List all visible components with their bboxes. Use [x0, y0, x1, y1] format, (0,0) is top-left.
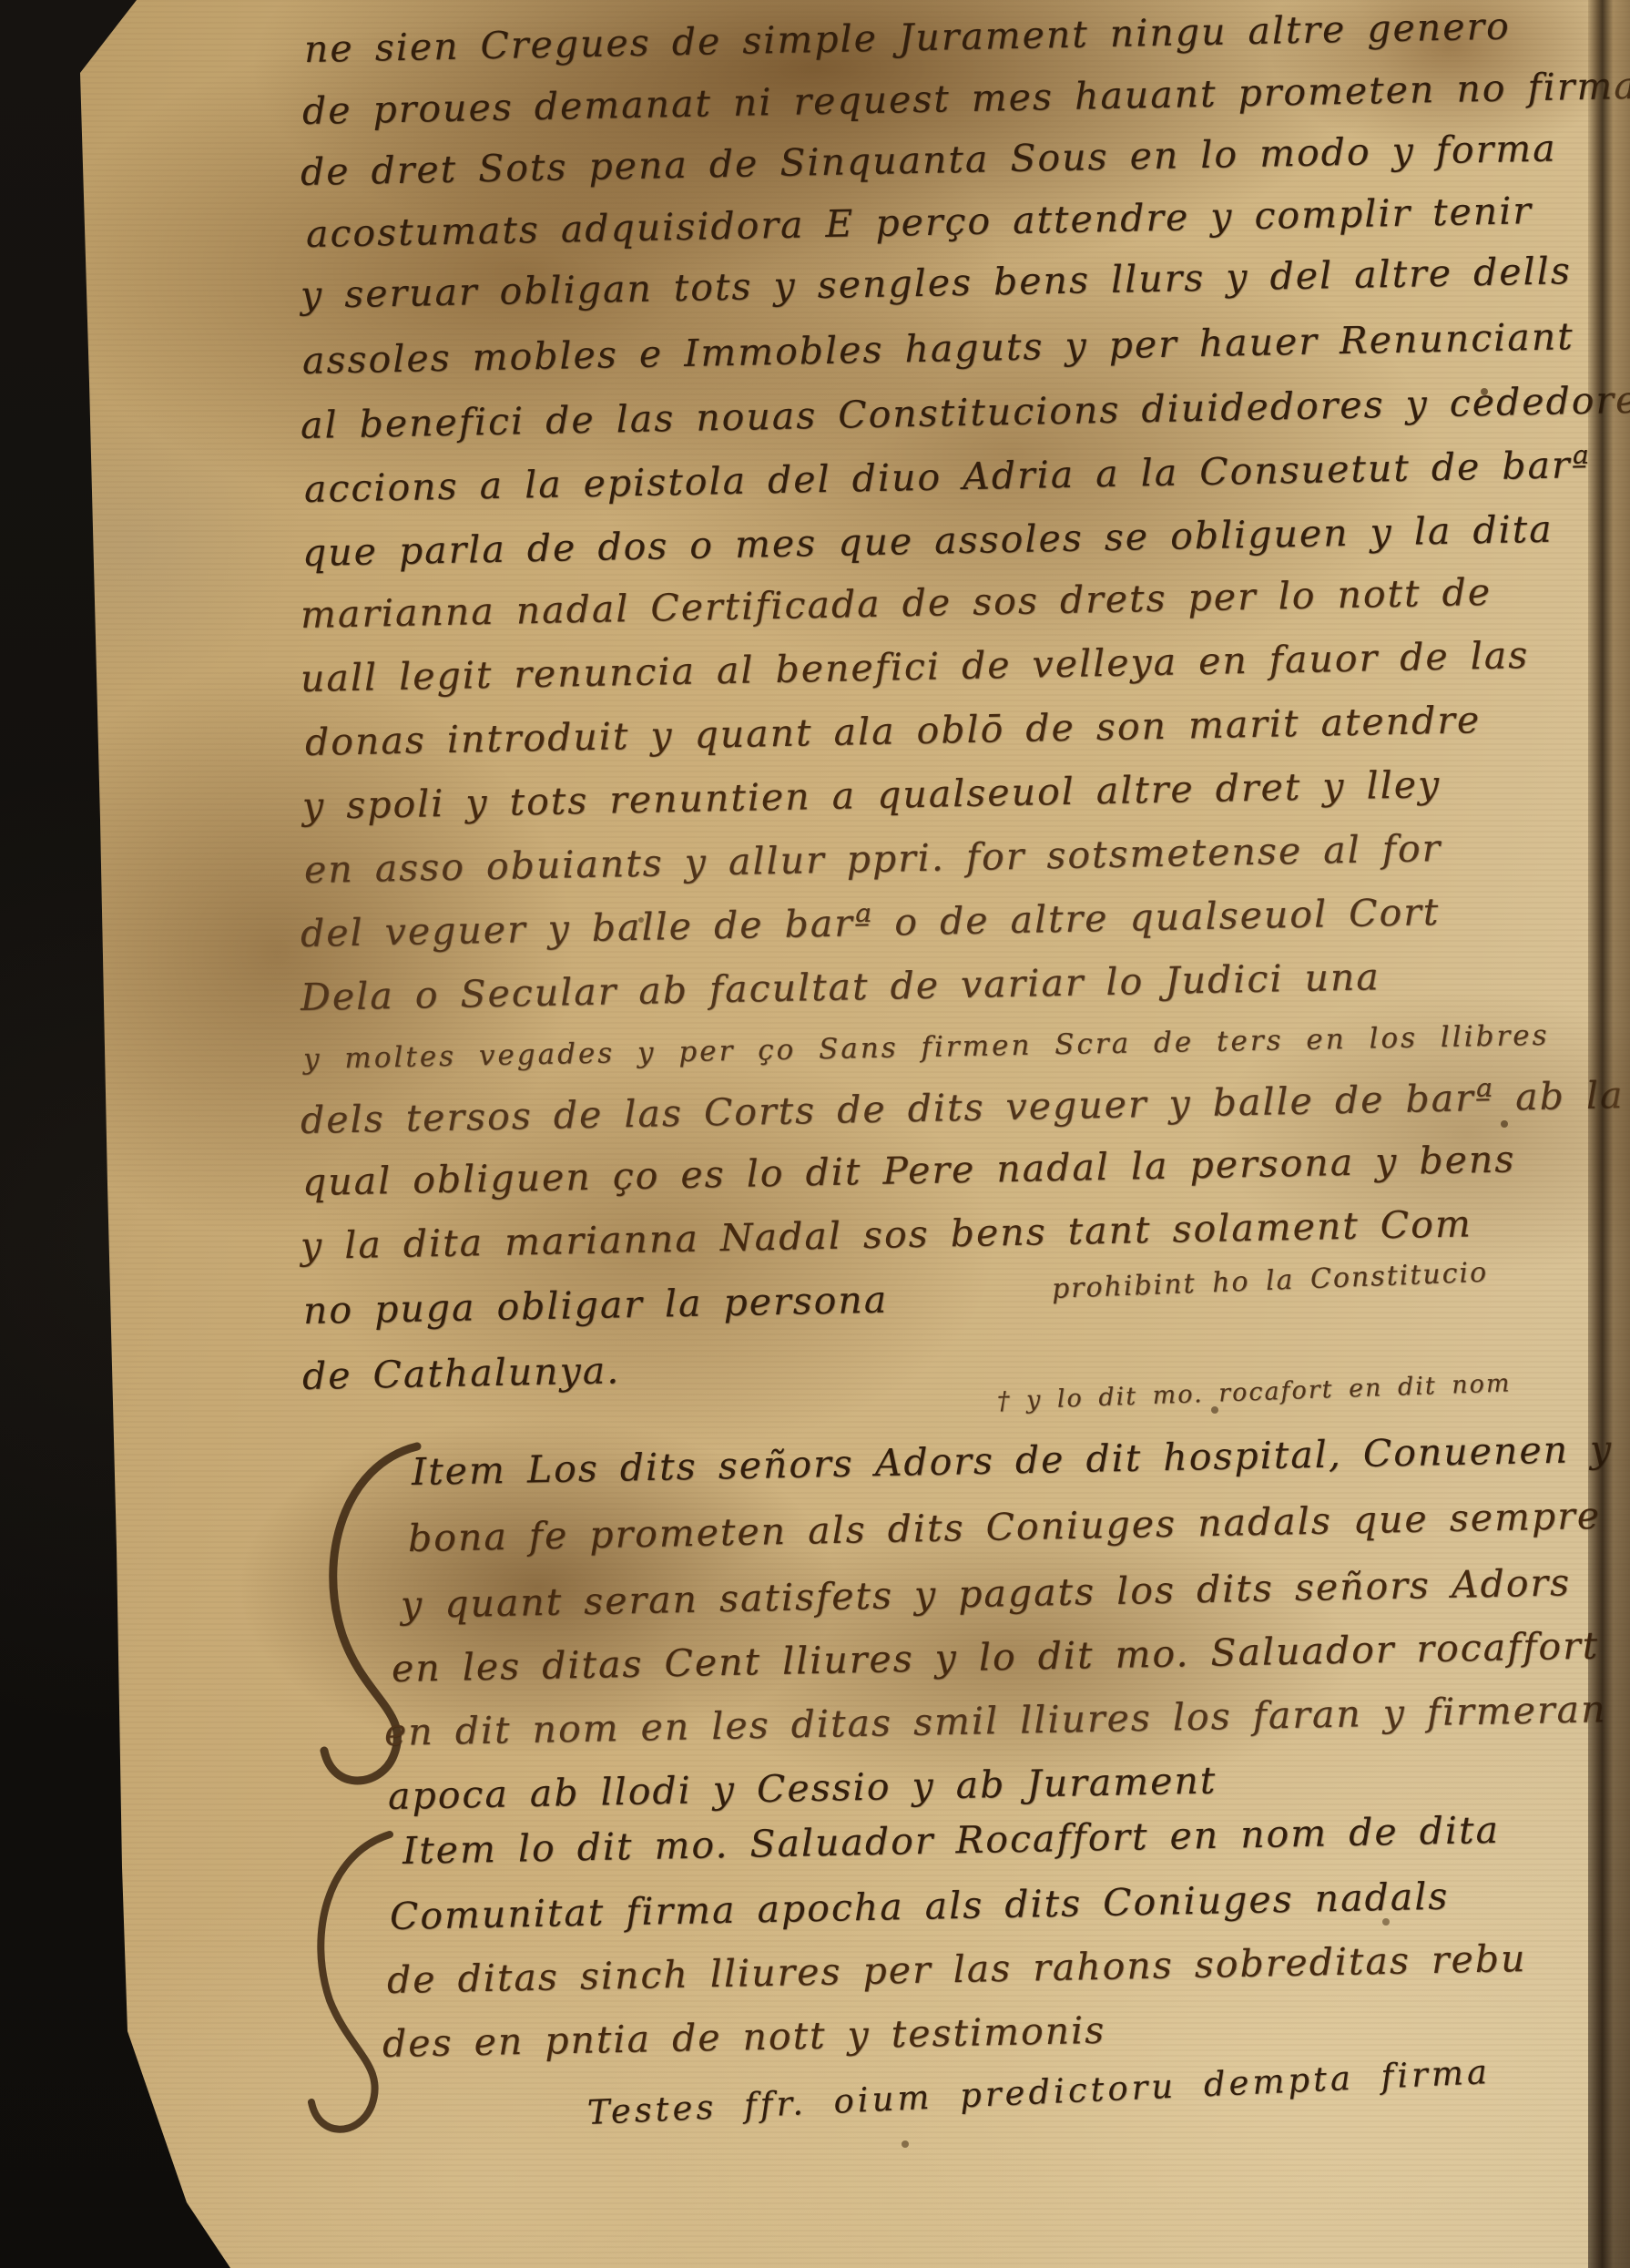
text-line: y seruar obligan tots y sengles bens llu… [301, 249, 1573, 317]
text-line: bona fe prometen als dits Coniuges nadal… [408, 1494, 1602, 1560]
text-line: qual obliguen ço es lo dit Pere nadal la… [302, 1137, 1516, 1204]
text-line: y moltes vegades y per ço Sans firmen Sc… [303, 1019, 1550, 1076]
text-line: uall legit renuncia al benefici de velle… [301, 633, 1530, 700]
text-line: de Cathalunya. [302, 1348, 621, 1398]
text-line: que parla de dos o mes que assoles se ob… [302, 507, 1554, 575]
margin-note: prohibint ho la Constitucio [1051, 1257, 1488, 1305]
text-line: donas introduit y quant ala oblō de son … [305, 698, 1482, 764]
text-line: acostumats adquisidora E perço attendre … [306, 189, 1533, 256]
text-line: marianna nadal Certificada de sos drets … [301, 570, 1492, 637]
text-line: y la dita marianna Nadal sos bens tant s… [301, 1201, 1473, 1268]
text-line: Comunitat firma apocha als dits Coniuges… [390, 1875, 1450, 1938]
text-line: en dit nom en les ditas smil lliures los… [384, 1687, 1607, 1754]
text-line: de ditas sinch lliures per las rahons so… [387, 1936, 1527, 2002]
interline-note: † y lo dit mo. rocafort en dit nom [996, 1369, 1512, 1415]
text-line: y spoli y tots renuntien a qualseuol alt… [302, 762, 1442, 828]
text-line: des en pntia de nott y testimonis [382, 2008, 1106, 2066]
text-line: y quant seran satisfets y pagats los dit… [401, 1560, 1572, 1627]
text-line: ne sien Cregues de simple Jurament ningu… [304, 5, 1512, 71]
text-line: al benefici de las nouas Constitucions d… [301, 377, 1630, 447]
text-line: assoles mobles e Immobles haguts y per h… [302, 314, 1575, 383]
text-line: apoca ab llodi y Cessio y ab Jurament [388, 1759, 1217, 1818]
text-line: de proues demanat ni request mes hauant … [302, 63, 1630, 133]
text-line: Dela o Secular ab facultat de variar lo … [301, 955, 1381, 1019]
ink-specks [0, 0, 4, 4]
text-line: Item Los dits señors Adors de dit hospit… [412, 1425, 1630, 1494]
text-line: en asso obuiants y allur ppri. for sotsm… [304, 826, 1442, 892]
text-line: dels tersos de las Corts de dits veguer … [301, 1073, 1625, 1142]
text-line: Item lo dit mo. Saluador Rocaffort en no… [402, 1808, 1501, 1873]
text-line: del veguer y balle de barª o de altre qu… [301, 890, 1441, 955]
text-line: en les ditas Cent lliures y lo dit mo. S… [392, 1624, 1600, 1691]
text-line: accions a la epistola del diuo Adria a l… [304, 443, 1592, 511]
text-line: de dret Sots pena de Sinquanta Sous en l… [301, 127, 1557, 194]
manuscript-photo: ne sien Cregues de simple Jurament ningu… [0, 0, 1630, 2268]
text-line: no puga obligar la persona [303, 1278, 889, 1333]
closing-line: Testes ffr. oium predictoru dempta firma [586, 2052, 1492, 2132]
parchment-page: ne sien Cregues de simple Jurament ningu… [0, 0, 1630, 2268]
